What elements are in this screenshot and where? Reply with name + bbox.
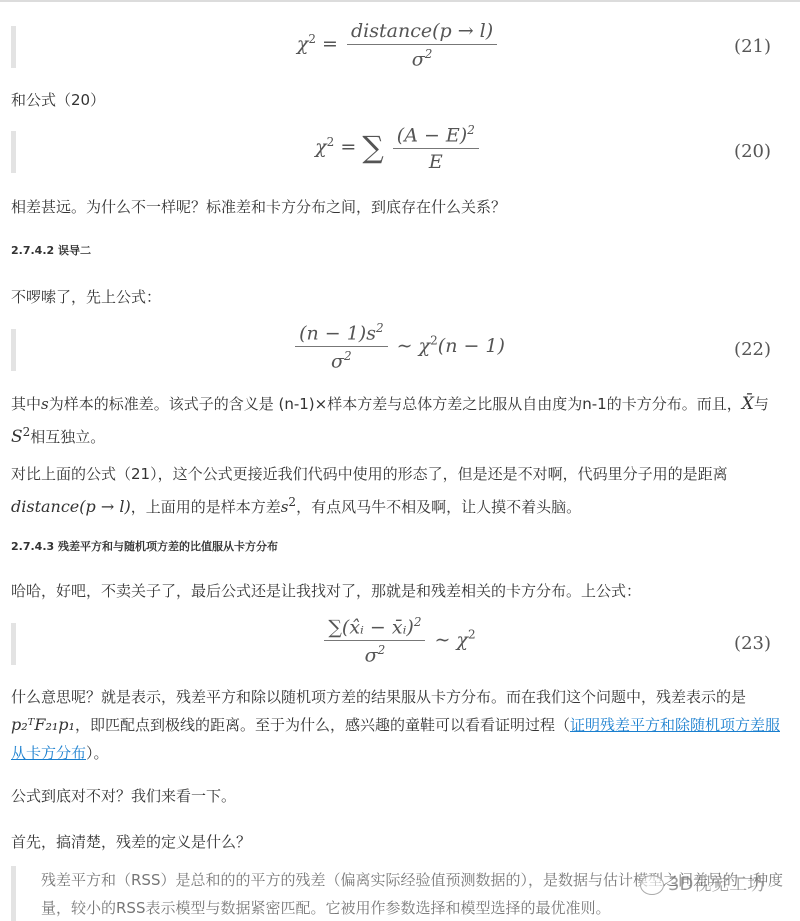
denominator: σ2 — [412, 45, 433, 70]
text: ，上面用的是样本方差 — [131, 498, 281, 516]
superscript: 2 — [376, 321, 384, 335]
superscript: 2 — [308, 32, 316, 46]
superscript: 2 — [288, 495, 296, 509]
sigma-symbol: σ — [331, 351, 344, 373]
inline-math: p₂ᵀF₂₁p₁ — [11, 715, 75, 734]
wechat-logo-icon — [640, 875, 664, 895]
equation-23: ∑(x̂ᵢ − x̄ᵢ)2 σ2 ∼ χ2 (23) — [11, 623, 781, 665]
watermark: 3D视觉工坊 — [640, 870, 765, 896]
inline-math: X̄ — [742, 394, 754, 414]
text: ，即匹配点到极线的距离。至于为什么，感兴趣的童鞋可以看看证明过程（ — [75, 716, 570, 734]
section-heading-2742: 2.7.4.2 误导二 — [11, 242, 91, 258]
equals-sign: = — [322, 33, 338, 55]
equation-21-formula: χ2 = distance(p → l) σ2 — [16, 20, 781, 70]
paragraph: 什么意思呢？就是表示，残差平方和除以随机项方差的结果服从卡方分布。而在我们这个问… — [11, 683, 781, 767]
inline-math: s — [41, 395, 49, 413]
text: 对比上面的公式（21），这个公式更接近我们代码中使用的形态了，但是还是不对啊，代… — [11, 465, 728, 483]
equation-23-formula: ∑(x̂ᵢ − x̄ᵢ)2 σ2 ∼ χ2 — [16, 615, 781, 667]
text: 与 — [754, 395, 769, 413]
chi-symbol: χ — [297, 33, 309, 55]
tilde-relation: ∼ — [397, 335, 413, 357]
paragraph: 哈哈，好吧，不卖关子了，最后公式还是让我找对了，那就是和残差相关的卡方分布。上公… — [11, 577, 781, 605]
superscript: 2 — [378, 643, 386, 657]
numerator: (n − 1)s2 — [295, 321, 388, 347]
numerator: ∑(x̂ᵢ − x̄ᵢ)2 — [324, 615, 425, 641]
numerator: distance(p → l) — [347, 20, 497, 45]
tilde-relation: ∼ — [435, 629, 451, 651]
chi-symbol: χ — [315, 136, 327, 158]
denominator: σ2 — [365, 641, 386, 666]
equation-number: (23) — [734, 633, 771, 654]
fraction: ∑(x̂ᵢ − x̄ᵢ)2 σ2 — [324, 615, 425, 667]
superscript: 2 — [344, 349, 352, 363]
text: 什么意思呢？就是表示，残差平方和除以随机项方差的结果服从卡方分布。而在我们这个问… — [11, 688, 746, 706]
paragraph: 对比上面的公式（21），这个公式更接近我们代码中使用的形态了，但是还是不对啊，代… — [11, 460, 781, 521]
equals-sign: = — [340, 136, 356, 158]
inline-math: distance(p → l) — [11, 497, 131, 516]
equation-22: (n − 1)s2 σ2 ∼ χ2(n − 1) (22) — [11, 329, 781, 371]
numerator: (A − E)2 — [393, 123, 479, 149]
superscript: 2 — [425, 47, 433, 61]
sigma-symbol: σ — [412, 48, 425, 70]
paragraph: 首先，搞清楚，残差的定义是什么？ — [11, 828, 781, 856]
paragraph: 不啰嗦了，先上公式： — [11, 283, 781, 311]
text: ）。 — [86, 744, 109, 762]
equation-number: (21) — [734, 36, 771, 57]
text: 相互独立。 — [30, 428, 105, 446]
degrees-of-freedom: (n − 1) — [438, 335, 505, 357]
text: 为样本的标准差。该式子的含义是 (n-1)×样本方差与总体方差之比服从自由度为n… — [49, 395, 742, 413]
superscript: 2 — [468, 628, 476, 642]
numerator-text: (A − E) — [397, 124, 467, 146]
paragraph: 和公式（20） — [11, 86, 781, 114]
chi-symbol: χ — [456, 629, 468, 651]
denominator: σ2 — [331, 347, 352, 372]
paragraph: 相差甚远。为什么不一样呢？标准差和卡方分布之间，到底存在什么关系？ — [11, 193, 781, 221]
equation-number: (22) — [734, 339, 771, 360]
denominator: E — [429, 149, 443, 173]
equation-number: (20) — [734, 141, 771, 162]
sigma-symbol: σ — [365, 645, 378, 667]
superscript: 2 — [430, 334, 438, 348]
superscript: 2 — [467, 123, 475, 137]
superscript: 2 — [327, 135, 335, 149]
watermark-text: 3D视觉工坊 — [668, 874, 765, 895]
equation-21: χ2 = distance(p → l) σ2 (21) — [11, 26, 781, 68]
text: ，有点风马牛不相及啊，让人摸不着头脑。 — [296, 498, 581, 516]
paragraph: 其中s为样本的标准差。该式子的含义是 (n-1)×样本方差与总体方差之比服从自由… — [11, 390, 781, 451]
text: 其中 — [11, 395, 41, 413]
fraction: (A − E)2 E — [393, 123, 479, 173]
fraction: distance(p → l) σ2 — [347, 20, 497, 70]
inline-math: S — [11, 427, 23, 447]
fraction: (n − 1)s2 σ2 — [295, 321, 388, 373]
sum-symbol: ∑ — [362, 131, 383, 166]
equation-20-formula: χ2 = ∑ (A − E)2 E — [16, 123, 781, 173]
section-heading-2743: 2.7.4.3 残差平方和与随机项方差的比值服从卡方分布 — [11, 538, 278, 554]
top-divider — [0, 0, 800, 2]
chi-symbol: χ — [419, 335, 431, 357]
equation-22-formula: (n − 1)s2 σ2 ∼ χ2(n − 1) — [16, 321, 781, 373]
superscript: 2 — [414, 615, 422, 629]
numerator-text: ∑(x̂ᵢ − x̄ᵢ) — [328, 616, 413, 638]
paragraph: 公式到底对不对？我们来看一下。 — [11, 782, 781, 810]
equation-20: χ2 = ∑ (A − E)2 E (20) — [11, 131, 781, 173]
numerator-text: (n − 1)s — [299, 322, 376, 344]
